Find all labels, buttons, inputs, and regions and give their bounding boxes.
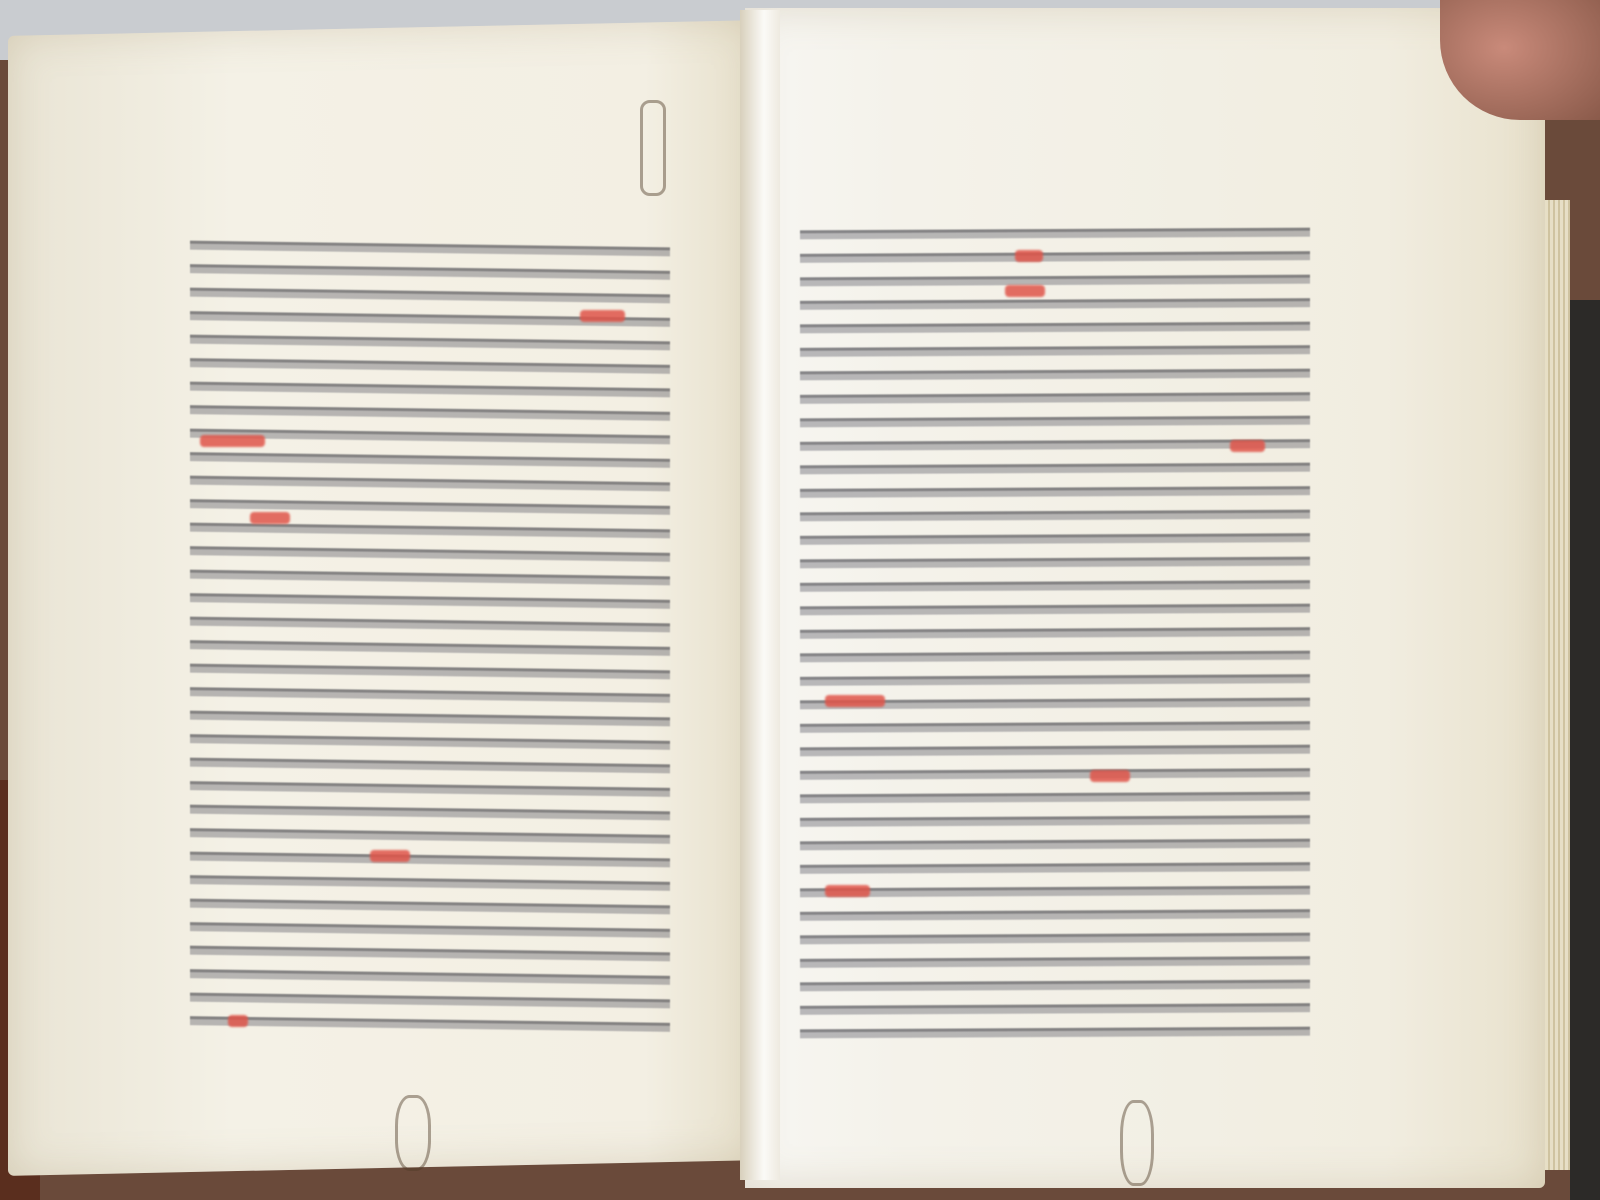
rubric-heading — [250, 512, 290, 524]
rubric-heading — [228, 1015, 248, 1027]
background-shadow — [1570, 300, 1600, 1200]
rubric-heading — [1005, 285, 1045, 297]
rubric-heading — [1230, 440, 1265, 452]
book-gutter — [740, 10, 780, 1180]
stain-mark — [640, 100, 666, 196]
rubric-heading — [825, 695, 885, 707]
right-text-block — [800, 219, 1310, 1052]
rubric-heading — [200, 435, 265, 447]
stain-mark — [395, 1095, 431, 1171]
stain-mark — [1120, 1100, 1154, 1186]
rubric-heading — [1015, 250, 1043, 262]
left-text-block — [190, 232, 670, 1039]
rubric-heading — [1090, 770, 1130, 782]
rubric-heading — [825, 885, 870, 897]
rubric-heading — [580, 310, 625, 322]
rubric-heading — [370, 850, 410, 862]
